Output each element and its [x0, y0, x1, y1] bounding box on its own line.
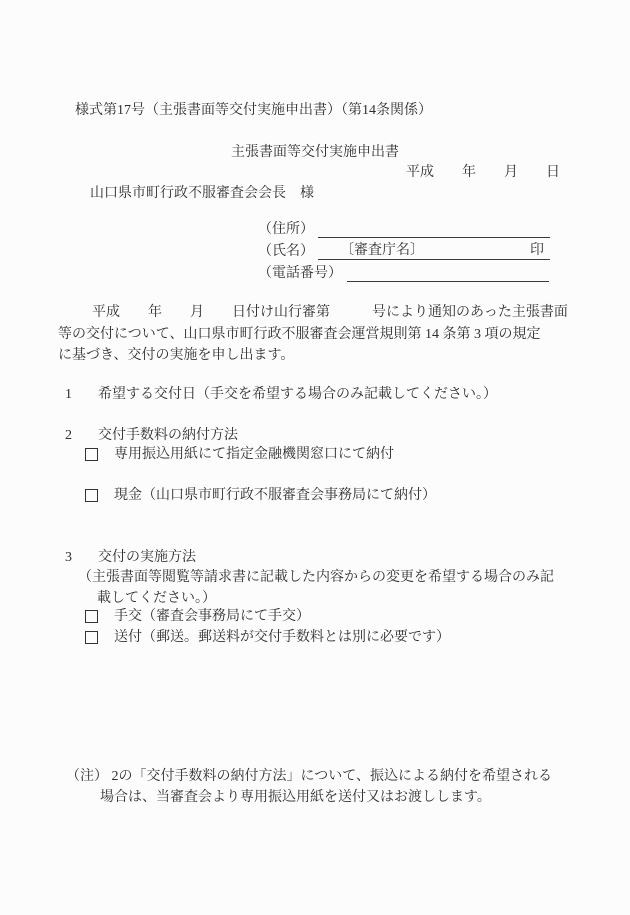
item-heading-text: 交付の実施方法 — [98, 549, 196, 566]
phone-field-row: （電話番号） — [258, 265, 549, 282]
phone-input-line — [347, 265, 549, 282]
item-heading-text: 交付手数料の納付方法 — [98, 427, 238, 444]
item-3-note-line: 載してください。） — [97, 590, 216, 607]
item-heading-text: 希望する交付日（手交を希望する場合のみ記載してください。） — [98, 386, 497, 403]
item-number: 3 — [65, 549, 98, 566]
option-row: 専用振込用紙にて指定金融機関窓口にて納付 — [85, 446, 394, 463]
name-input-line: 〔審査庁名〕 印 — [318, 243, 550, 260]
option-label: 送付（郵送。郵送料が交付手数料とは別に必要です） — [114, 629, 450, 646]
item-3-heading: 3 交付の実施方法 — [65, 549, 196, 566]
option-row: 送付（郵送。郵送料が交付手数料とは別に必要です） — [85, 629, 450, 646]
checkbox-icon — [85, 448, 98, 461]
seal-label: 印 — [530, 242, 544, 259]
address-field-row: （住所） — [258, 221, 550, 238]
body-paragraph-line: に基づき、交付の実施を申し出ます。 — [58, 347, 294, 364]
option-row: 手交（審査会事務局にて手交） — [85, 608, 310, 625]
item-1-heading: 1 希望する交付日（手交を希望する場合のみ記載してください。） — [65, 386, 497, 403]
footnote-line: 場合は、当審査会より専用振込用紙を送付又はお渡しします。 — [100, 789, 491, 806]
name-label: （氏名） — [258, 243, 314, 260]
checkbox-icon — [85, 631, 98, 644]
name-value: 〔審査庁名〕 — [340, 242, 424, 259]
page-title: 主張書面等交付実施申出書 — [0, 144, 630, 161]
addressee: 山口県市町行政不服審査会会長 様 — [90, 185, 314, 202]
item-3-note-line: （主張書面等閲覧等請求書に記載した内容からの変更を希望する場合のみ記 — [78, 569, 554, 586]
document-page: 様式第17号（主張書面等交付実施申出書）（第14条関係） 主張書面等交付実施申出… — [0, 0, 630, 915]
address-label: （住所） — [258, 221, 314, 238]
checkbox-icon — [85, 489, 98, 502]
item-number: 2 — [65, 427, 98, 444]
option-row: 現金（山口県市町行政不服審査会事務局にて納付） — [85, 487, 436, 504]
address-input-line — [318, 221, 550, 238]
option-label: 手交（審査会事務局にて手交） — [114, 608, 310, 625]
option-label: 現金（山口県市町行政不服審査会事務局にて納付） — [114, 487, 436, 504]
footnote-line: （注） 2の「交付手数料の納付方法」について、振込による納付を希望される — [66, 768, 552, 785]
name-field-row: （氏名） 〔審査庁名〕 印 — [258, 243, 550, 260]
phone-label: （電話番号） — [258, 265, 342, 282]
body-paragraph-line: 平成 年 月 日付け山行審第 号により通知のあった主張書面 — [92, 304, 568, 321]
option-label: 専用振込用紙にて指定金融機関窓口にて納付 — [114, 446, 394, 463]
checkbox-icon — [85, 610, 98, 623]
item-2-heading: 2 交付手数料の納付方法 — [65, 427, 238, 444]
body-paragraph-line: 等の交付について、山口県市町行政不服審査会運営規則第 14 条第 3 項の規定 — [58, 326, 540, 343]
item-number: 1 — [65, 386, 98, 403]
date-line: 平成 年 月 日 — [406, 164, 560, 181]
form-number: 様式第17号（主張書面等交付実施申出書）（第14条関係） — [75, 102, 432, 119]
